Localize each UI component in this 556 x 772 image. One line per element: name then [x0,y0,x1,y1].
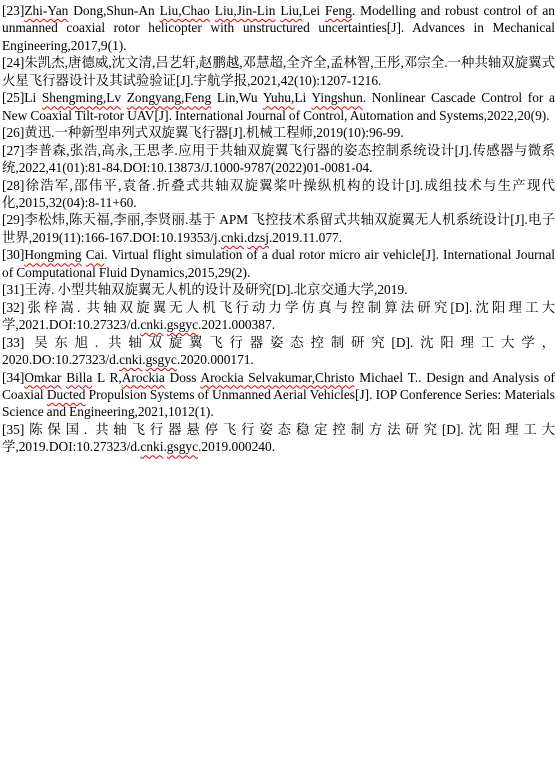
reference-entry: [23]Zhi-Yan Dong,Shun-An Liu,Chao Liu,Ji… [2,2,555,54]
spellcheck-flagged-text: Arockia Selvakumar,Christo [200,370,354,385]
spellcheck-flagged-text: Liu,Jin-Lin [215,3,276,18]
reference-text: .2021.000387. [198,317,275,332]
reference-entry: [35]陈保国. 共轴飞行器悬停飞行姿态稳定控制方法研究[D].沈阳理工大学,2… [2,421,555,456]
spellcheck-flagged-text: Cai [86,247,105,262]
reference-text: [30] [2,247,24,262]
spellcheck-flagged-text: Zongyang,Feng [127,90,211,105]
reference-text: .2019.11.077. [269,230,342,245]
spellcheck-flagged-text: cnki [221,230,244,245]
spellcheck-flagged-text: dzsj [247,230,269,245]
reference-entry: [28]徐浩军,邵伟平,袁备.折叠式共轴双旋翼桨叶操纵机构的设计[J].成组技术… [2,177,555,212]
spellcheck-flagged-text: Hongming [24,247,81,262]
references-list: [23]Zhi-Yan Dong,Shun-An Liu,Chao Liu,Ji… [2,2,555,456]
spellcheck-flagged-text: Feng [325,3,352,18]
spellcheck-flagged-text: Liu, [280,3,302,18]
reference-text: [25]Li [2,90,42,105]
reference-text: [33] 吴东旭. 共轴双旋翼飞行器姿态控制研究[D].沈阳理工大学，2020.… [2,335,555,367]
reference-text: [26]黄迅.一种新型串列式双旋翼飞行器[J].机械工程师,2019(10):9… [2,125,404,140]
reference-text: [28]徐浩军,邵伟平,袁备.折叠式共轴双旋翼桨叶操纵机构的设计[J].成组技术… [2,178,555,210]
reference-entry: [33] 吴东旭. 共轴双旋翼飞行器姿态控制研究[D].沈阳理工大学，2020.… [2,334,555,369]
spellcheck-flagged-text: cnki [119,352,142,367]
spellcheck-flagged-text: gsgyc [167,317,198,332]
reference-entry: [31]王涛. 小型共轴双旋翼无人机的设计及研究[D].北京交通大学,2019. [2,281,555,298]
spellcheck-flagged-text: Yuhu, [263,90,295,105]
spellcheck-flagged-text: Billa [66,370,92,385]
reference-text: L R, [92,370,121,385]
reference-entry: [30]Hongming Cai. Virtual flight simulat… [2,246,555,281]
spellcheck-flagged-text: cnki [140,317,163,332]
reference-text: Doss [165,370,201,385]
reference-entry: [24]朱凯杰,唐德威,沈文清,吕艺轩,赵鹏越,邓慧超,全齐全,孟林智,王彤,邓… [2,54,555,89]
reference-entry: [27]李普森,张浩,高永,王思孝.应用于共轴双旋翼飞行器的姿态控制系统设计[J… [2,142,555,177]
spellcheck-flagged-text: gsgyc [146,352,177,367]
reference-entry: [34]Omkar Billa L R,Arockia Doss Arockia… [2,369,555,421]
reference-text: .2020.000171. [177,352,254,367]
spellcheck-flagged-text: cnki [140,439,163,454]
reference-text: [31]王涛. 小型共轴双旋翼无人机的设计及研究[D].北京交通大学,2019. [2,282,408,297]
reference-entry: [25]Li Shengming,Lv Zongyang,Feng Lin,Wu… [2,89,555,124]
spellcheck-flagged-text: gsgyc [167,439,198,454]
reference-text: Dong,Shun-An [68,3,159,18]
reference-text: [32]张梓嵩. 共轴双旋翼无人机飞行动力学仿真与控制算法研究[D].沈阳理工大… [2,300,555,332]
reference-text: Li [294,90,311,105]
reference-text: Propulsion Systems of Unmanned Aerial Ve… [2,387,555,419]
reference-text: [23] [2,3,24,18]
reference-text: Lin,Wu [211,90,263,105]
reference-text: [24]朱凯杰,唐德威,沈文清,吕艺轩,赵鹏越,邓慧超,全齐全,孟林智,王彤,邓… [2,55,555,87]
spellcheck-flagged-text: Ducted [47,387,86,402]
document-page: [23]Zhi-Yan Dong,Shun-An Liu,Chao Liu,Ji… [0,0,556,456]
spellcheck-flagged-text: Arockia [122,370,165,385]
spellcheck-flagged-text: Liu,Chao [160,3,210,18]
reference-text: .2019.000240. [198,439,275,454]
reference-entry: [26]黄迅.一种新型串列式双旋翼飞行器[J].机械工程师,2019(10):9… [2,124,555,141]
spellcheck-flagged-text: Zhi-Yan [24,3,68,18]
reference-text: [27]李普森,张浩,高永,王思孝.应用于共轴双旋翼飞行器的姿态控制系统设计[J… [2,143,555,175]
reference-entry: [32]张梓嵩. 共轴双旋翼无人机飞行动力学仿真与控制算法研究[D].沈阳理工大… [2,299,555,334]
spellcheck-flagged-text: Shengming,Lv [42,90,121,105]
reference-text: [34] [2,370,24,385]
spellcheck-flagged-text: Yingshun [311,90,362,105]
spellcheck-flagged-text: Omkar [24,370,61,385]
reference-text: [35]陈保国. 共轴飞行器悬停飞行姿态稳定控制方法研究[D].沈阳理工大学,2… [2,422,555,454]
reference-text: Lei [302,3,325,18]
reference-entry: [29]李松炜,陈天福,李丽,李贤丽.基于 APM 飞控技术系留式共轴双旋翼无人… [2,211,555,246]
